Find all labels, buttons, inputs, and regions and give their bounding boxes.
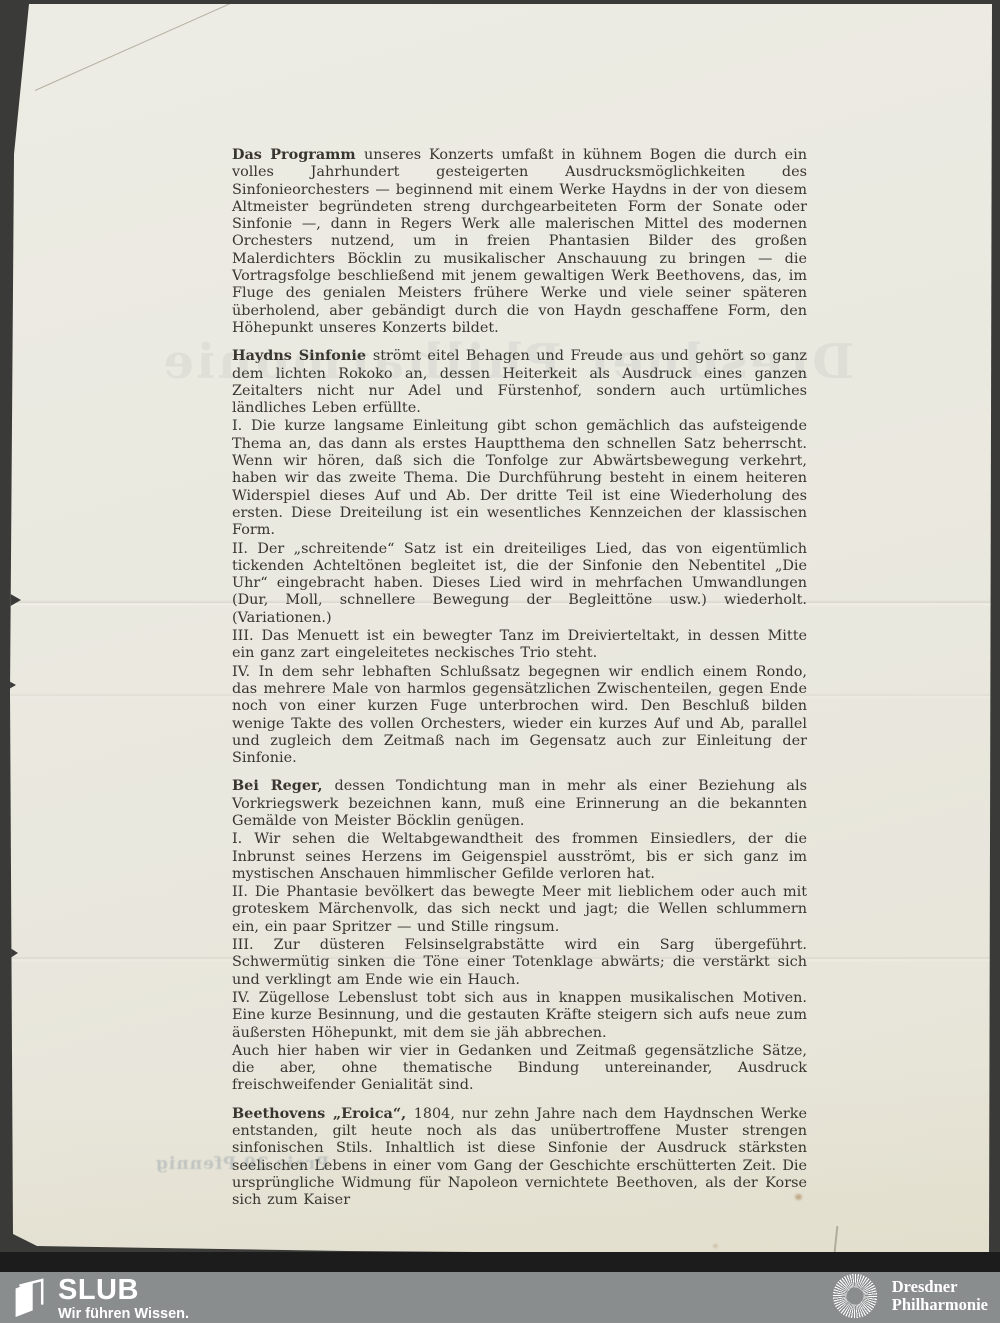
paragraph: II. Der „schreitende“ Satz ist ein dreit… bbox=[232, 540, 807, 627]
paragraph: I. Die kurze langsame Einleitung gibt sc… bbox=[232, 417, 807, 539]
paragraph: I. Wir sehen die Weltabgewandtheit des f… bbox=[232, 830, 807, 883]
paragraph: Haydns Sinfonie strömt eitel Behagen und… bbox=[232, 347, 807, 417]
paragraph: III. Zur düsteren Felsinselgrabstätte wi… bbox=[232, 936, 807, 989]
philharmonie-name-line2: Philharmonie bbox=[892, 1296, 988, 1314]
document-text-column: Das Programm unseres Konzerts umfaßt in … bbox=[232, 146, 807, 1210]
starburst-icon bbox=[832, 1273, 878, 1319]
viewer-footer: SLUB Wir führen Wissen. Dresdner Philhar… bbox=[0, 1272, 1000, 1323]
philharmonie-name-line1: Dresdner bbox=[892, 1278, 988, 1296]
paragraph: III. Das Menuett ist ein bewegter Tanz i… bbox=[232, 627, 807, 663]
slub-wordmark: SLUB bbox=[58, 1275, 189, 1305]
slub-tagline: Wir führen Wissen. bbox=[58, 1306, 189, 1322]
paper-crease bbox=[35, 3, 232, 91]
book-icon bbox=[8, 1277, 46, 1319]
paragraph: IV. In dem sehr lebhaften Schlußsatz beg… bbox=[232, 663, 807, 768]
paragraph: Auch hier haben wir vier in Gedanken und… bbox=[232, 1042, 807, 1095]
slub-logo[interactable]: SLUB Wir führen Wissen. bbox=[8, 1275, 189, 1322]
scan-bottom-edge bbox=[0, 1252, 1000, 1272]
scanned-page: Dresdner Philharmonie Preis 20 Pfennig D… bbox=[7, 4, 992, 1256]
paragraph: Beethovens „Eroica“, 1804, nur zehn Jahr… bbox=[232, 1105, 807, 1210]
paragraph: Das Programm unseres Konzerts umfaßt in … bbox=[232, 146, 807, 337]
paper-stain bbox=[713, 1244, 718, 1248]
dresdner-philharmonie-logo[interactable]: Dresdner Philharmonie bbox=[832, 1273, 988, 1319]
paragraph: Bei Reger, dessen Tondichtung man in meh… bbox=[232, 777, 807, 830]
paragraph: II. Die Phantasie bevölkert das bewegte … bbox=[232, 883, 807, 936]
fold-notch bbox=[7, 680, 16, 690]
paragraph: IV. Zügellose Lebenslust tobt sich aus i… bbox=[232, 989, 807, 1042]
